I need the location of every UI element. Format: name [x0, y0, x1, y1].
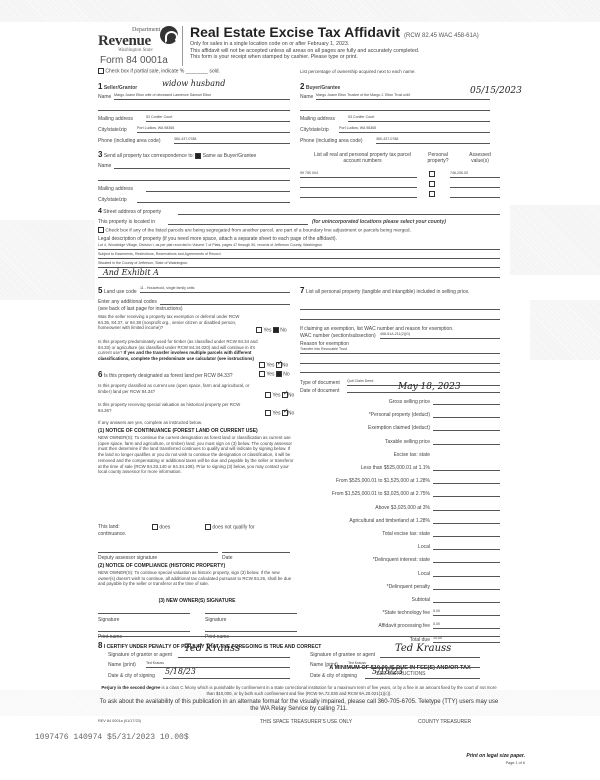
buyer-mailing-label: Mailing address [300, 116, 335, 122]
tax-row-label: *Personal property (deduct) [300, 412, 430, 418]
exemption-question: Was the seller receiving a property tax … [98, 314, 248, 331]
corr-name-field-2[interactable] [98, 173, 290, 181]
personal-property-label: 7 List all personal property (tangible a… [300, 286, 500, 296]
seller-name-field-2[interactable] [98, 103, 290, 111]
tax-row-field[interactable] [433, 423, 500, 431]
seller-heading: 1 Seller/Grantor [98, 82, 137, 92]
additional-codes-field[interactable] [160, 297, 290, 305]
accessibility-notice: To ask about the availability of this pu… [98, 699, 500, 713]
land-use-field[interactable]: 11 - Household, single family units [140, 285, 290, 293]
historic-answer[interactable]: Yes No [265, 410, 294, 416]
parcel-account-field[interactable] [300, 190, 417, 198]
grantee-signature: Ted Krauss [395, 643, 451, 655]
tax-row-field[interactable] [433, 555, 500, 563]
corr-city-field[interactable] [137, 195, 290, 203]
seller-mailing-label: Mailing address [98, 116, 133, 122]
does-checkbox[interactable]: does [152, 524, 170, 530]
scan-noise [530, 300, 600, 360]
additional-codes-note: (see back of last page for instructions) [98, 306, 183, 312]
header-divider [182, 26, 183, 66]
tax-row-field[interactable] [433, 489, 500, 497]
parcel-account-field[interactable] [300, 180, 417, 188]
assessed-col-header: Assessed value(s) [460, 152, 500, 164]
legal-line-4[interactable] [98, 270, 500, 278]
correspondence-heading: 3 Send all property tax correspondence t… [98, 150, 256, 160]
grantor-signature: Ted Krauss [184, 643, 240, 655]
new-owner-print-1[interactable] [98, 624, 190, 632]
scan-noise [0, 220, 95, 300]
tax-row-label: Less than $525,000.01 at 1.1% [300, 465, 430, 471]
notice1-title: (1) NOTICE OF CONTINUANCE (FOREST LAND O… [98, 428, 258, 434]
tax-row-field[interactable] [433, 410, 500, 418]
scan-noise [510, 205, 600, 275]
located-in-label: This property is located in [98, 219, 155, 225]
tax-row-field[interactable] [433, 503, 500, 511]
doc-date-label: Date of document [300, 388, 339, 394]
tax-row-label: Local [300, 571, 430, 577]
corr-name-field[interactable] [114, 161, 290, 169]
buyer-name-field-2[interactable] [300, 103, 490, 111]
legal-line-3[interactable]: Situated in the County of Jefferson, Sta… [98, 260, 500, 268]
street-address-field[interactable] [178, 207, 500, 215]
current-use-answer[interactable]: Yes No [265, 392, 294, 398]
segregate-checkbox[interactable]: Check box if any of the listed parcels a… [98, 227, 411, 234]
this-land-label: This land: [98, 524, 120, 530]
signature-label: Signature [98, 617, 119, 623]
parcel-col-header: List all real and personal property tax … [305, 152, 420, 164]
tax-row-field[interactable] [433, 463, 500, 471]
assessor-date-field[interactable] [222, 545, 290, 553]
if-any-note: If any answers are yes, complete as inst… [98, 420, 202, 426]
wac-field[interactable]: 458-61A-211(2)(G) [380, 331, 500, 339]
cashier-stamp: 1097476 140974 $5/31/2023 10.00$ [35, 733, 189, 743]
tax-row-label: From $1,525,000.01 to $3,025,000 at 2.75… [300, 491, 430, 497]
reason-field-3[interactable] [300, 365, 500, 373]
tax-row-label: *Delinquent penalty [300, 584, 430, 590]
seller-city-field[interactable]: Port Ludlow, WA 98365 [137, 125, 290, 133]
personal-property-checkbox[interactable] [429, 171, 435, 177]
corr-city-label: City/state/zip [98, 197, 127, 203]
tax-row-field[interactable] [433, 542, 500, 550]
seller-name-field[interactable]: Margo Joann Elton wife of deceased Lawre… [114, 92, 290, 100]
assessed-value-field[interactable] [450, 190, 500, 198]
tax-row-label: Local [300, 544, 430, 550]
seller-handwritten-note: widow husband [162, 79, 225, 89]
tax-row-label: Gross selling price [300, 399, 430, 405]
corr-name-label: Name [98, 163, 111, 169]
partial-sale-checkbox[interactable]: Check box if partial sale, indicate % __… [98, 68, 220, 74]
tax-row-label: Taxable selling price [300, 439, 430, 445]
assessor-date-label: Date [222, 555, 233, 561]
reason-field[interactable]: Transfer into Revocable Trust [300, 346, 500, 354]
buyer-heading: 2 Buyer/Grantee [300, 82, 340, 92]
new-owner-signature-1[interactable] [98, 606, 190, 614]
personal-property-field-2[interactable] [300, 312, 500, 320]
doc-date-handwritten: May 18, 2023 [398, 382, 461, 393]
timber-answer[interactable]: Yes No [259, 362, 288, 368]
dor-logo-icon [160, 26, 178, 44]
tax-row-label: Total excise tax: state [300, 531, 430, 537]
tax-row-field[interactable] [433, 476, 500, 484]
divider [98, 636, 500, 637]
ownership-note: List percentage of ownership acquired ne… [300, 69, 416, 74]
located-in-field[interactable] [168, 217, 308, 225]
revision-label: REV 84 0001a (01/17/23) [98, 719, 141, 724]
tax-row-field[interactable]: 5.00 [433, 608, 500, 616]
assessed-value-field[interactable] [450, 180, 500, 188]
legal-line-1[interactable]: Lot 4, Woodridge Village, Division I, as… [98, 242, 500, 250]
seller-phone-field[interactable]: 360-437-0788 [174, 136, 290, 144]
grantor-sig-label: Signature of grantor or agent [108, 652, 172, 658]
grantor-name-label: Name (print) [108, 662, 136, 668]
grantee-name-label: Name (print) [310, 662, 338, 668]
tax-row-label: Affidavit processing fee [300, 623, 430, 629]
does-not-checkbox[interactable]: does not qualify for [205, 524, 255, 530]
page-title: Real Estate Excise Tax Affidavit (RCW 82… [190, 24, 479, 41]
land-use-label: 5 Land use code [98, 286, 137, 296]
buyer-mailing-field[interactable]: 53 Conifer Court [348, 114, 490, 122]
reason-field-2[interactable] [300, 356, 500, 364]
page-number: Page 1 of 6 [420, 761, 525, 766]
seller-city-label: City/state/zip [98, 127, 127, 133]
perjury-notice: Perjury in the second degree is a class … [98, 685, 500, 696]
tax-row-field[interactable] [433, 529, 500, 537]
tax-row-field[interactable] [433, 397, 500, 405]
tax-row-label: Above $3,025,000 at 3% [300, 505, 430, 511]
legal-line-2[interactable]: Subject to Easements, Restrictions, Rese… [98, 251, 500, 259]
doc-type-label: Type of document [300, 380, 340, 386]
county-treasurer-label: COUNTY TREASURER [418, 719, 471, 725]
tax-row-label: Agricultural and timberland at 1.28% [300, 518, 430, 524]
exemption-answer[interactable]: Yes No [256, 327, 287, 333]
forest-answer[interactable]: Yes No [259, 371, 290, 377]
buyer-city-label: City/state/zip [300, 127, 329, 133]
corr-mailing-label: Mailing address [98, 186, 133, 192]
print-name-label: Print name [205, 634, 229, 640]
treasurer-use-label: THIS SPACE TREASURER'S USE ONLY [260, 719, 352, 725]
seller-name-label: Name [98, 94, 111, 100]
parcel-account-field[interactable]: 99 750 004 [300, 170, 417, 178]
personal-property-field-1[interactable] [300, 302, 500, 310]
grantee-date: 5/18/23 [372, 667, 403, 677]
seller-mailing-field[interactable]: 53 Conifer Court [146, 114, 290, 122]
same-as-buyer-checkbox[interactable] [195, 153, 201, 159]
grantor-date-label: Date & city of signing [108, 673, 155, 679]
notice2-text: NEW OWNER(S): To continue special valuat… [98, 570, 296, 587]
buyer-name-field[interactable]: Margo Joann Elton Trustee of the Margo J… [316, 92, 490, 100]
assessor-sig-label: Deputy assessor signature [98, 555, 157, 561]
personal-property-checkbox[interactable] [429, 191, 435, 197]
current-use-question: Is this property classified as current u… [98, 383, 253, 394]
tax-row-label: From $525,000.01 to $1,525,000 at 1.28% [300, 478, 430, 484]
wac-label: WAC number (section/subsection) [300, 333, 376, 339]
buyer-city-field[interactable]: Port Ludlow, WA 98365 [339, 125, 490, 133]
tax-row-field[interactable] [433, 582, 500, 590]
tax-row-field[interactable]: 5.00 [433, 621, 500, 629]
tax-row-label: Subtotal [300, 597, 430, 603]
assessor-signature-field[interactable] [98, 545, 218, 553]
buyer-phone-field[interactable]: 360-437-0788 [376, 136, 490, 144]
timber-question: Is this property predominately used for … [98, 339, 260, 362]
scan-noise [0, 0, 600, 22]
corr-mailing-field[interactable] [146, 184, 290, 192]
state-label: Washington State [118, 48, 153, 54]
tax-row-field[interactable] [433, 569, 500, 577]
tax-row-label: Exemption claimed (deduct) [300, 425, 430, 431]
historic-question: Is this property receiving special valua… [98, 402, 253, 413]
signature-label: Signature [205, 617, 226, 623]
tax-row-field[interactable] [433, 516, 500, 524]
forest-question: 6 Is this property designated as forest … [98, 370, 233, 380]
tax-row-field[interactable] [433, 437, 500, 445]
additional-codes-label: Enter any additional codes [98, 299, 157, 305]
located-note: (for unincorporated locations please sel… [312, 219, 446, 225]
form-number: Form 84 0001a [100, 55, 168, 67]
print-name-label: Print name [98, 634, 122, 640]
legal-paper-note: Print on legal size paper. [420, 753, 525, 759]
tax-row-label: Excise tax: state [300, 452, 430, 458]
new-owner-signature-2[interactable] [205, 606, 297, 614]
seller-phone-label: Phone (including area code) [98, 138, 161, 144]
notice2-title: (2) NOTICE OF COMPLIANCE (HISTORIC PROPE… [98, 563, 225, 569]
buyer-name-label: Name [300, 94, 313, 100]
header-notes: Only for sales in a single location code… [190, 41, 419, 61]
continuance-label: continuance. [98, 531, 126, 537]
grantee-name-field[interactable]: Ted Krauss [348, 660, 480, 668]
new-owner-sig-title: (3) NEW OWNER(S) SIGNATURE [98, 598, 296, 604]
personal-col-header: Personal property? [422, 152, 454, 164]
tax-row-field[interactable] [433, 595, 500, 603]
buyer-phone-label: Phone (including area code) [300, 138, 363, 144]
buyer-handwritten-date: 05/15/2023 [470, 86, 522, 97]
personal-property-checkbox[interactable] [429, 181, 435, 187]
grantee-sig-label: Signature of grantee or agent [310, 652, 375, 658]
grantor-date: 5/18/23 [165, 667, 196, 677]
new-owner-print-2[interactable] [205, 624, 297, 632]
grantee-date-label: Date & city of signing [310, 673, 357, 679]
tax-row-label: *State technology fee [300, 610, 430, 616]
notice1-text: NEW OWNER(S): To continue the current de… [98, 435, 296, 475]
tax-row-label: *Delinquent interest: state [300, 557, 430, 563]
assessed-value-field[interactable]: 746,206.00 [450, 170, 500, 178]
street-address-label: 4 Street address of property [98, 208, 161, 216]
